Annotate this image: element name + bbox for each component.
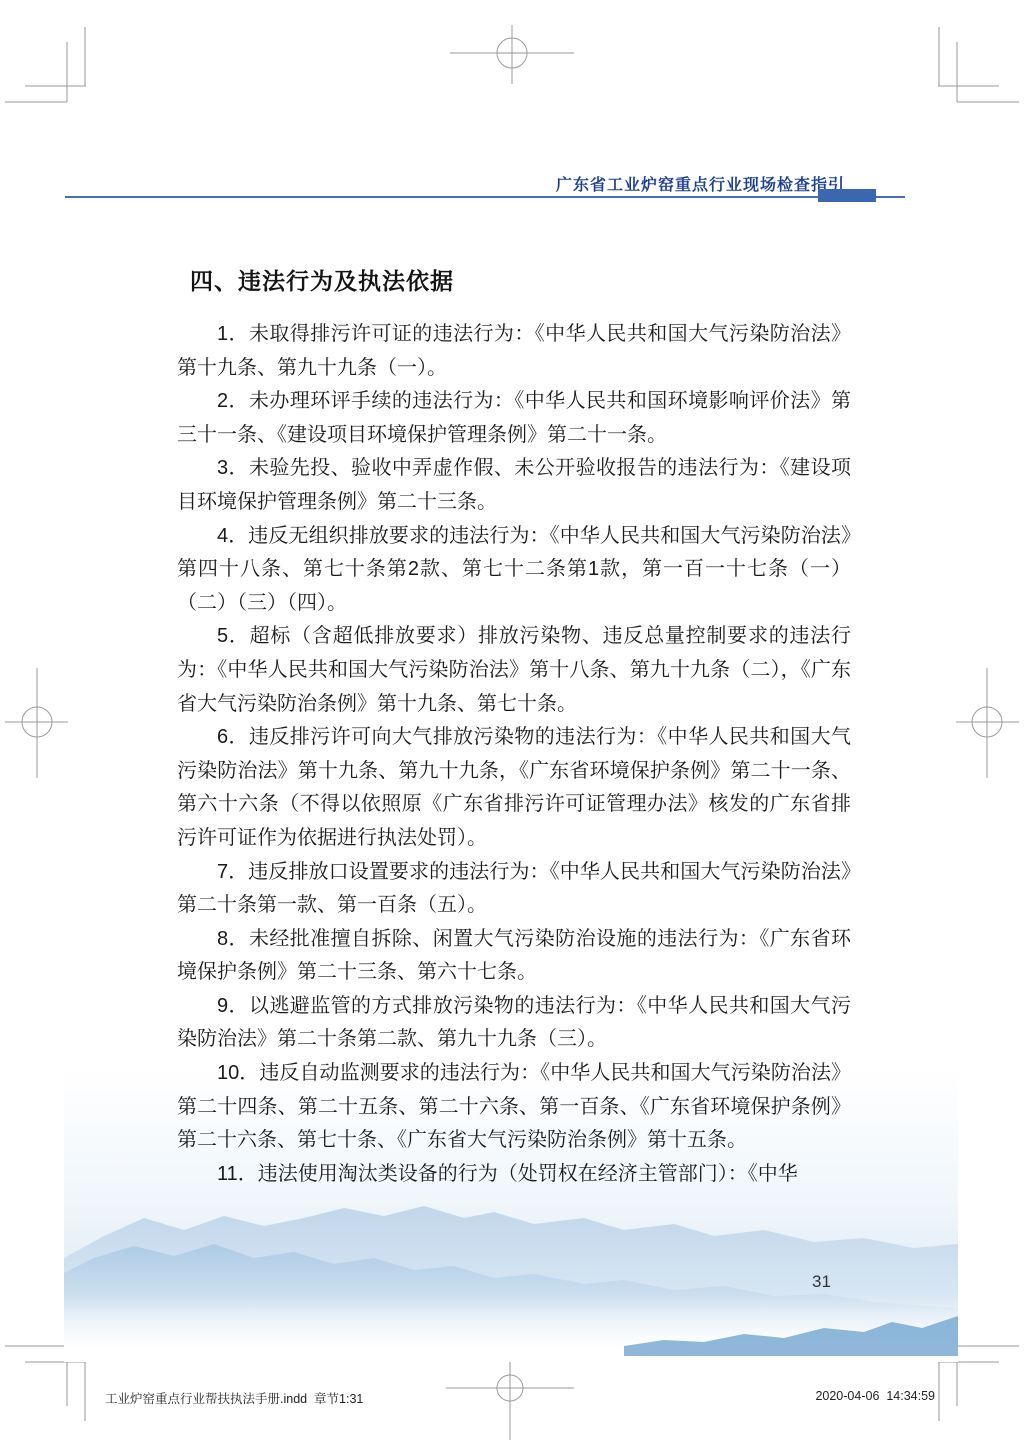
footer-filename: 工业炉窑重点行业帮扶执法手册.indd 章节1:31 xyxy=(105,1389,363,1407)
page-number: 31 xyxy=(812,1272,831,1292)
paragraph-1: 1．未取得排污许可证的违法行为：《中华人民共和国大气污染防治法》第十九条、第九十… xyxy=(177,318,851,385)
paragraph-9: 9．以逃避监管的方式排放污染物的违法行为：《中华人民共和国大气污染防治法》第二十… xyxy=(177,990,851,1057)
paragraph-10: 10．违反自动监测要求的违法行为：《中华人民共和国大气污染防治法》第二十四条、第… xyxy=(177,1057,851,1158)
footer-timestamp: 2020-04-06 14:34:59 xyxy=(815,1389,935,1403)
document-page: 广东省工业炉窑重点行业现场检查指引 四、违法行为及执法依据 1．未取得排污许可证… xyxy=(0,0,1024,1448)
registration-mark-icon xyxy=(5,668,68,778)
paragraph-2: 2．未办理环评手续的违法行为：《中华人民共和国环境影响评价法》第三十一条、《建设… xyxy=(177,385,851,452)
header-title: 广东省工业炉窑重点行业现场检查指引 xyxy=(556,172,845,195)
crop-mark-icon xyxy=(5,27,86,102)
paragraph-3: 3．未验先投、验收中弄虚作假、未公开验收报告的违法行为：《建设项目环境保护管理条… xyxy=(177,452,851,519)
paragraph-4: 4．违反无组织排放要求的违法行为：《中华人民共和国大气污染防治法》第四十八条、第… xyxy=(177,520,851,621)
registration-mark-icon xyxy=(956,668,1019,778)
body-text: 1．未取得排污许可证的违法行为：《中华人民共和国大气污染防治法》第十九条、第九十… xyxy=(177,318,851,1191)
paragraph-5: 5．超标（含超低排放要求）排放污染物、违反总量控制要求的违法行为：《中华人民共和… xyxy=(177,620,851,721)
header-rule xyxy=(65,196,905,198)
paragraph-6: 6．违反排污许可向大气排放污染物的违法行为：《中华人民共和国大气污染防治法》第十… xyxy=(177,721,851,855)
crop-mark-icon xyxy=(938,27,1019,102)
header-accent-bar xyxy=(818,189,876,202)
paragraph-8: 8．未经批准擅自拆除、闲置大气污染防治设施的违法行为：《广东省环境保护条例》第二… xyxy=(177,923,851,990)
paragraph-11: 11．违法使用淘汰类设备的行为（处罚权在经济主管部门）：《中华 xyxy=(177,1158,851,1192)
section-title: 四、违法行为及执法依据 xyxy=(190,263,454,296)
registration-mark-icon xyxy=(450,25,574,84)
paragraph-7: 7．违反排放口设置要求的违法行为：《中华人民共和国大气污染防治法》第二十条第一款… xyxy=(177,856,851,923)
registration-mark-icon xyxy=(446,1360,574,1440)
